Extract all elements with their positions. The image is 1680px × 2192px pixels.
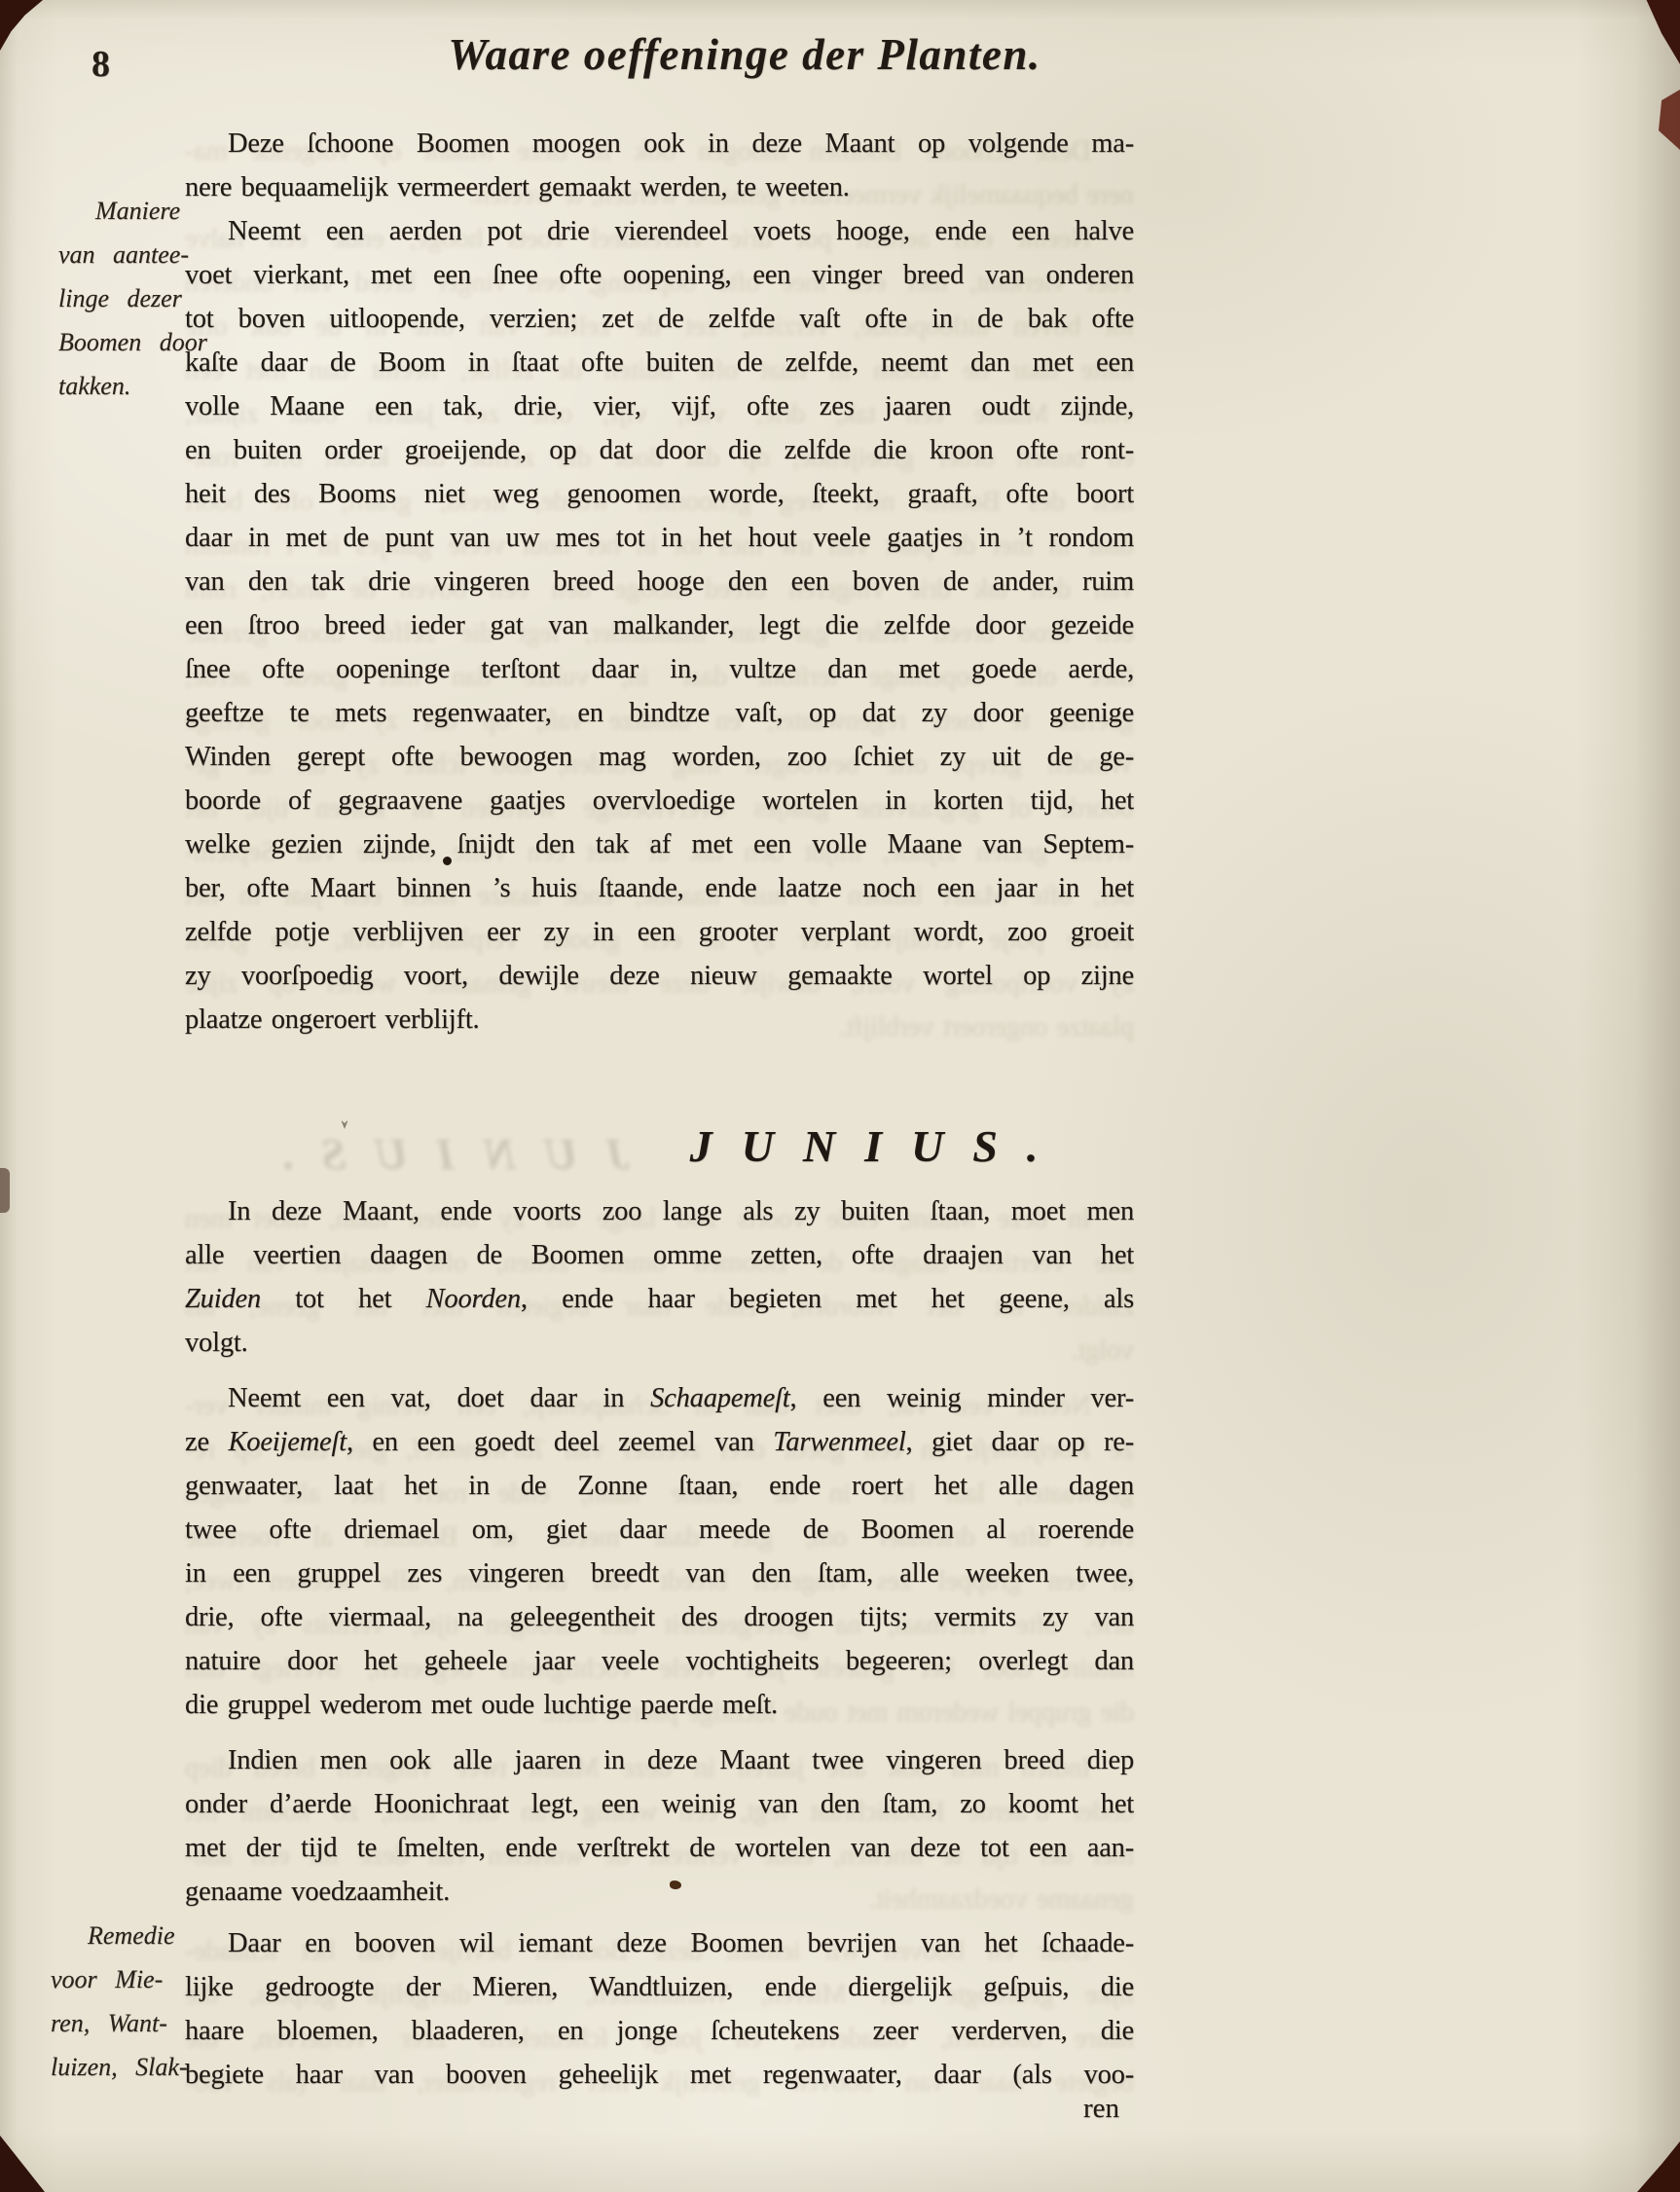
text-line: zelfde potje verblijven eer zy in een gr… [185, 910, 1134, 954]
text-line: zy voorſpoedig voort, dewijle deze nieuw… [185, 954, 1134, 998]
text-line: Neemt een aerden pot drie vierendeel voe… [185, 209, 1134, 253]
text-line: volle Maane een tak, drie, vier, vijf, o… [185, 384, 1134, 428]
text-line: boorde of gegraavene gaatjes overvloedig… [185, 779, 1134, 822]
text-line: ſnee ofte oopeninge terſtont daar in, vu… [185, 647, 1134, 691]
scan-corner-mark [1639, 0, 1680, 64]
scan-corner-mark [1637, 2141, 1680, 2192]
scan-corner-mark [0, 2136, 45, 2192]
ink-speck [443, 857, 452, 865]
section-heading: JUNIUS. [404, 1117, 1353, 1176]
text-line: genaame voedzaamheit. [185, 1870, 1134, 1914]
text-line: tot boven uitloopende, verzien; zet de z… [185, 297, 1134, 341]
text-line: Zuiden tot het Noorden, ende haar begiet… [185, 1277, 1134, 1321]
text-line: die gruppel wederom met oude luchtige pa… [185, 1683, 1134, 1727]
text-line: Deze ſchoone Boomen moogen ook in deze M… [185, 122, 1134, 165]
text-line: Indien men ook alle jaaren in deze Maant… [185, 1738, 1134, 1782]
scan-corner-mark [0, 0, 43, 51]
text-line: Neemt een vat, doet daar in Schaapemeſt,… [185, 1376, 1134, 1420]
text-line: van den tak drie vingeren breed hooge de… [185, 560, 1134, 603]
paragraph: Deze ſchoone Boomen moogen ook in deze M… [185, 122, 1134, 209]
text-line: daar in met de punt van uw mes tot in he… [185, 516, 1134, 560]
text-line: nere bequaamelijk vermeerdert gemaakt we… [185, 165, 1134, 209]
text-line: plaatze ongeroert verblijft. [185, 998, 1134, 1041]
text-line: begiete haar van booven geheelijk met re… [185, 2053, 1134, 2097]
text-line: in een gruppel zes vingeren breedt van d… [185, 1552, 1134, 1595]
running-title: Waare oeffeninge der Planten. [282, 29, 1207, 80]
text-line: In deze Maant, ende voorts zoo lange als… [185, 1189, 1134, 1233]
text-line: ber, ofte Maart binnen ’s huis ſtaande, … [185, 866, 1134, 910]
text-line: volgt. [185, 1321, 1134, 1365]
paragraph: Indien men ook alle jaaren in deze Maant… [185, 1738, 1134, 1914]
scan-edge-mark [1659, 90, 1680, 150]
page-number: 8 [91, 43, 110, 86]
text-line: Daar en booven wil iemant deze Boomen be… [185, 1921, 1134, 1965]
paragraph: Neemt een vat, doet daar in Schaapemeſt,… [185, 1376, 1134, 1727]
text-line: genwaater, laat het in de Zonne ſtaan, e… [185, 1464, 1134, 1508]
text-line: onder d’aerde Hoonichraat legt, een wein… [185, 1782, 1134, 1826]
text-body: Deze ſchoone Boomen moogen ook in deze M… [185, 122, 1134, 2097]
text-line: heit des Booms niet weg genoomen worde, … [185, 472, 1134, 516]
text-line: en buiten order groeijende, op dat door … [185, 428, 1134, 472]
text-line: met der tijd te ſmelten, ende verſtrekt … [185, 1826, 1134, 1870]
text-line: twee ofte driemael om, giet daar meede d… [185, 1508, 1134, 1552]
text-line: geeftze te mets regenwaater, en bindtze … [185, 691, 1134, 735]
text-line: een ſtroo breed ieder gat van malkander,… [185, 603, 1134, 647]
text-line: natuire door het geheele jaar veele voch… [185, 1639, 1134, 1683]
book-page-scan: 8 Waare oeffeninge der Planten. Manierev… [0, 0, 1680, 2192]
catchword: ren [993, 2093, 1119, 2125]
text-line: haare bloemen, blaaderen, en jonge ſcheu… [185, 2009, 1134, 2053]
text-line: welke gezien zijnde, ſnijdt den tak af m… [185, 822, 1134, 866]
paragraph: Daar en booven wil iemant deze Boomen be… [185, 1921, 1134, 2097]
scan-edge-mark [0, 1168, 10, 1213]
ink-speck [670, 1881, 681, 1889]
text-line: drie, ofte viermaal, na geleegentheit de… [185, 1595, 1134, 1639]
text-line: voet vierkant, met een ſnee ofte oopenin… [185, 253, 1134, 297]
text-line: kaſte daar de Boom in ſtaat ofte buiten … [185, 341, 1134, 384]
text-line: alle veertien daagen de Boomen omme zett… [185, 1233, 1134, 1277]
paragraph: In deze Maant, ende voorts zoo lange als… [185, 1189, 1134, 1365]
text-line: lijke gedroogte der Mieren, Wandtluizen,… [185, 1965, 1134, 2009]
text-line: ze Koeijemeſt, en een goedt deel zeemel … [185, 1420, 1134, 1464]
text-line: Winden gerept ofte bewoogen mag worden, … [185, 735, 1134, 779]
paragraph: Neemt een aerden pot drie vierendeel voe… [185, 209, 1134, 1041]
